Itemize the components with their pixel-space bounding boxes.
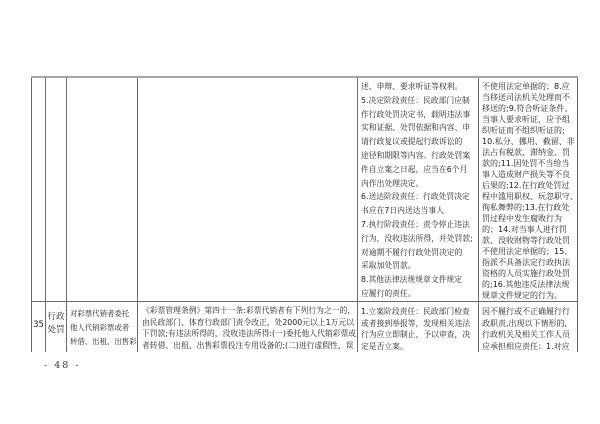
scanned-document-page: 述、申辩、要求听证等权利。 5.决定阶段责任：民政部门应制 作行政处罚决定书，载… (0, 0, 600, 424)
cell-duty-35: 1.立案阶段责任：民政部门检查 或者接到举报等，发现相关违法 行为应立即制止，予… (357, 302, 478, 352)
cell-power-name-35: 对彩票代销者委托 他人代销彩票或者 转借、出租、出售彩 (66, 302, 137, 352)
page-number: - 48 - (44, 360, 81, 371)
cell-seq-empty (31, 78, 45, 302)
cell-category-35: 行政 处罚 (45, 302, 66, 352)
cell-category-empty (45, 78, 66, 302)
power-list-table: 述、申辩、要求听证等权利。 5.决定阶段责任：民政部门应制 作行政处罚决定书，载… (31, 76, 578, 352)
cell-legal-basis-empty (137, 78, 357, 302)
cell-power-name-empty (66, 78, 137, 302)
table-grid: 述、申辩、要求听证等权利。 5.决定阶段责任：民政部门应制 作行政处罚决定书，载… (31, 78, 578, 352)
cell-accountability-35: 因不履行或不正确履行行 政职责,出现以下情形的, 行政机关及相关工作人员 应承担… (478, 302, 578, 352)
cell-duty-continuation: 述、申辩、要求听证等权利。 5.决定阶段责任：民政部门应制 作行政处罚决定书，载… (357, 78, 478, 302)
cell-legal-basis-35: 《彩票管理条例》第四十一条:彩票代销者有下列行为之一的， 由民政部门、体育行政部… (137, 302, 357, 352)
cell-accountability-continuation: 不使用法定单据的；8.应 当移送司法机关处理而不 移送的;9.符合听证条件、 当… (478, 78, 578, 302)
cell-seq-35: 35 (31, 302, 45, 352)
